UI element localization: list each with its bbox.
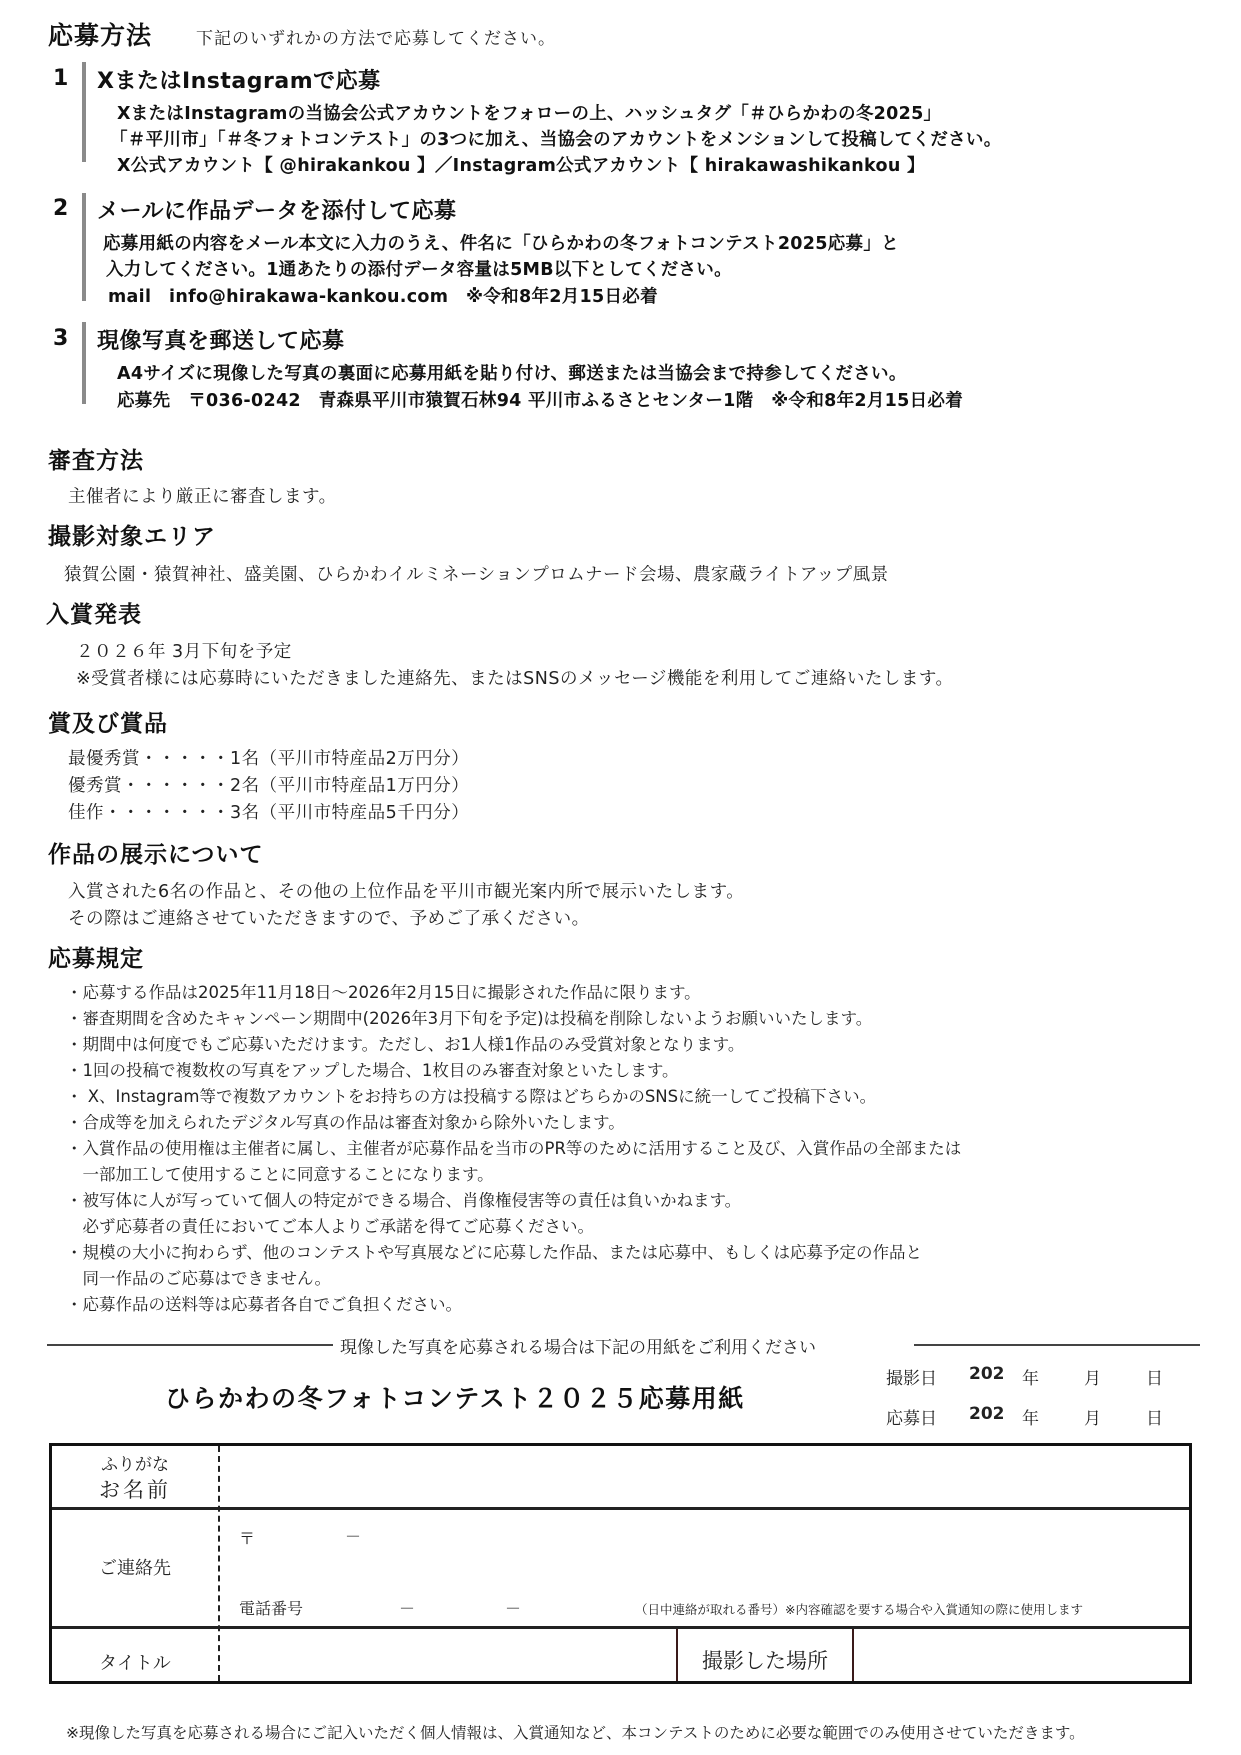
announcement-title: 入賞発表: [46, 596, 142, 629]
method-line: A4サイズに現像した写真の裏面に応募用紙を貼り付け、郵送または当協会まで持参して…: [117, 360, 907, 385]
rule-item: ・応募作品の送料等は応募者各自でご負担ください。: [66, 1291, 462, 1315]
name-input-area[interactable]: [222, 1446, 1189, 1507]
phone-dash-1: －: [399, 1596, 415, 1619]
divider-left: [47, 1344, 333, 1346]
method-bar: [82, 62, 86, 162]
method-line: 応募先 〒036-0242 青森県平川市猿賀石林94 平川市ふるさとセンター1階…: [117, 387, 963, 412]
contact-label: ご連絡先: [52, 1554, 218, 1580]
application-date-month: 月: [1084, 1404, 1101, 1429]
rule-item: ・審査期間を含めたキャンペーン期間中(2026年3月下旬を予定)は投稿を削除しな…: [66, 1005, 872, 1029]
title-input-area[interactable]: [222, 1629, 674, 1681]
method-line: XまたはInstagramの当協会公式アカウントをフォローの上、ハッシュタグ「＃…: [117, 100, 941, 125]
rule-item: 一部加工して使用することに同意することになります。: [66, 1161, 494, 1185]
rule-item: 同一作品のご応募はできません。: [66, 1265, 331, 1289]
label-column-divider: [218, 1446, 220, 1681]
form-title: ひらかわの冬フォトコンテスト２０２５応募用紙: [165, 1379, 745, 1415]
application-date-label: 応募日: [886, 1404, 937, 1429]
method-bar: [82, 322, 86, 404]
method-line: X公式アカウント【 @hirakankou 】／Instagram公式アカウント…: [117, 152, 925, 177]
announcement-date: ２０２６年 3月下旬を予定: [76, 638, 292, 663]
prize-line: 佳作・・・・・・・3名（平川市特産品5千円分）: [68, 799, 469, 824]
shooting-date-day: 日: [1146, 1364, 1163, 1389]
divider-right: [914, 1344, 1200, 1346]
method-line: 応募用紙の内容をメール本文に入力のうえ、件名に「ひらかわの冬フォトコンテスト20…: [103, 230, 899, 255]
location-input-area[interactable]: [855, 1629, 1189, 1681]
rule-item: ・被写体に人が写っていて個人の特定ができる場合、肖像権侵害等の責任は負いかねます…: [66, 1187, 741, 1211]
prize-line: 優秀賞・・・・・・2名（平川市特産品1万円分）: [68, 772, 469, 797]
furigana-label: ふりがな: [52, 1450, 218, 1475]
review-text: 主催者により厳正に審査します。: [68, 483, 337, 508]
privacy-footer-note: ※現像した写真を応募される場合にご記入いただく個人情報は、入賞通知など、本コンテ…: [66, 1721, 1085, 1743]
application-method-subtitle: 下記のいずれかの方法で応募してください。: [196, 24, 556, 49]
method-line: mail info@hirakawa-kankou.com ※令和8年2月15日…: [108, 283, 658, 308]
method-title: メールに作品データを添付して応募: [97, 194, 457, 225]
shooting-date-year-prefix[interactable]: 202: [969, 1364, 1005, 1384]
location-label: 撮影した場所: [678, 1645, 852, 1675]
rule-item: 必ず応募者の責任においてご本人よりご承諾を得てご応募ください。: [66, 1213, 594, 1237]
review-title: 審査方法: [48, 442, 144, 475]
rule-item: ・ X、Instagram等で複数アカウントをお持ちの方は投稿する際はどちらかの…: [66, 1083, 876, 1107]
rule-item: ・規模の大小に拘わらず、他のコンテストや写真展などに応募した作品、または応募中、…: [66, 1239, 922, 1263]
rule-item: ・応募する作品は2025年11月18日～2026年2月15日に撮影された作品に限…: [66, 979, 701, 1003]
method-title: 現像写真を郵送して応募: [97, 324, 345, 355]
method-title: XまたはInstagramで応募: [97, 64, 381, 95]
shooting-date-year: 年: [1022, 1364, 1039, 1389]
method-number: 3: [53, 326, 68, 351]
rule-item: ・1回の投稿で複数枚の写真をアップした場合、1枚目のみ審査対象といたします。: [66, 1057, 679, 1081]
rule-item: ・合成等を加えられたデジタル写真の作品は審査対象から除外いたします。: [66, 1109, 625, 1133]
method-line: 「＃平川市」「＃冬フォトコンテスト」の3つに加え、当協会のアカウントをメンション…: [110, 126, 1002, 151]
application-method-title: 応募方法: [48, 16, 152, 52]
address-input-area[interactable]: [222, 1510, 1189, 1590]
method-number: 1: [53, 66, 68, 91]
phone-note: （日中連絡が取れる番号）※内容確認を要する場合や入賞通知の際に使用します: [635, 1600, 1083, 1618]
application-date-year: 年: [1022, 1404, 1039, 1429]
name-label: お名前: [52, 1474, 218, 1504]
method-bar: [82, 193, 86, 301]
prize-line: 最優秀賞・・・・・1名（平川市特産品2万円分）: [68, 745, 469, 770]
location-divider-right: [852, 1629, 854, 1681]
phone-label: 電話番号: [239, 1596, 303, 1619]
form-divider-text: 現像した写真を応募される場合は下記の用紙をご利用ください: [340, 1333, 816, 1358]
application-date-day: 日: [1146, 1404, 1163, 1429]
application-form-table: ふりがな お名前 ご連絡先 〒 － 電話番号 － － （日中連絡が取れる番号）※…: [49, 1443, 1192, 1684]
exhibition-line: その際はご連絡させていただきますので、予めご了承ください。: [68, 905, 590, 930]
rule-item: ・入賞作品の使用権は主催者に属し、主催者が応募作品を当市のPR等のために活用する…: [66, 1135, 961, 1159]
prizes-title: 賞及び賞品: [48, 705, 168, 738]
rule-item: ・期間中は何度でもご応募いただけます。ただし、お1人様1作品のみ受賞対象となりま…: [66, 1031, 744, 1055]
title-label: タイトル: [52, 1649, 218, 1675]
method-number: 2: [53, 196, 68, 221]
application-date-year-prefix[interactable]: 202: [969, 1404, 1005, 1424]
phone-dash-2: －: [505, 1596, 521, 1619]
shooting-date-month: 月: [1084, 1364, 1101, 1389]
shooting-date-label: 撮影日: [886, 1364, 937, 1389]
exhibition-title: 作品の展示について: [48, 836, 264, 869]
method-line: 入力してください。1通あたりの添付データ容量は5MB以下としてください。: [106, 256, 732, 281]
exhibition-line: 入賞された6名の作品と、その他の上位作品を平川市観光案内所で展示いたします。: [68, 878, 744, 903]
announcement-note: ※受賞者様には応募時にいただきました連絡先、またはSNSのメッセージ機能を利用し…: [76, 665, 954, 690]
rules-title: 応募規定: [48, 940, 144, 973]
area-text: 猿賀公園・猿賀神社、盛美園、ひらかわイルミネーションプロムナード会場、農家蔵ライ…: [64, 561, 889, 586]
area-title: 撮影対象エリア: [48, 518, 216, 551]
